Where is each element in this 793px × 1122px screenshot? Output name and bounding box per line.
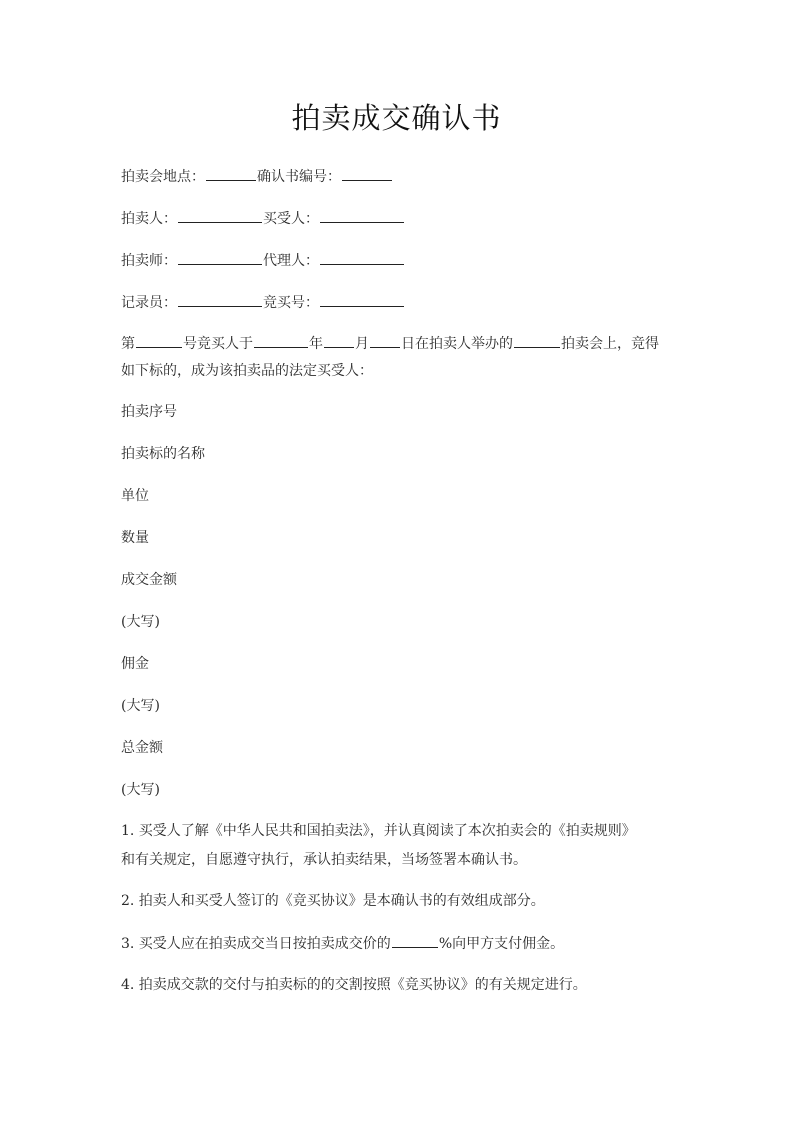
- commission-percent-blank[interactable]: [392, 933, 438, 948]
- day-blank[interactable]: [370, 333, 400, 348]
- item-hammer-price-capital: (大写): [121, 612, 160, 632]
- field-row-auction-master: 拍卖师：代理人：: [121, 250, 405, 271]
- auction-location-label: 拍卖会地点：: [121, 169, 205, 185]
- auctioneer-label: 拍卖人：: [121, 211, 177, 227]
- clause-3-text-1: 3. 买受人应在拍卖成交当日按拍卖成交价的: [121, 936, 391, 952]
- item-quantity: 数量: [121, 528, 149, 548]
- bidder-number-label: 竞买号：: [263, 295, 319, 311]
- intro-text-1: 第: [121, 336, 135, 352]
- intro-paragraph-line1: 第号竞买人于年月日在拍卖人举办的拍卖会上，竞得: [121, 333, 659, 354]
- clause-1-line2: 和有关规定，自愿遵守执行，承认拍卖结果，当场签署本确认书。: [121, 850, 527, 870]
- intro-text-4: 月: [355, 336, 369, 352]
- auction-master-blank[interactable]: [178, 250, 262, 265]
- confirmation-number-blank[interactable]: [342, 166, 392, 181]
- item-unit: 单位: [121, 486, 149, 506]
- field-row-auctioneer: 拍卖人：买受人：: [121, 208, 405, 229]
- year-blank[interactable]: [254, 333, 308, 348]
- agent-blank[interactable]: [320, 250, 404, 265]
- auction-master-label: 拍卖师：: [121, 253, 177, 269]
- intro-text-5: 日在拍卖人举办的: [401, 336, 513, 352]
- recorder-label: 记录员：: [121, 295, 177, 311]
- bidder-no-blank[interactable]: [136, 333, 182, 348]
- auction-name-blank[interactable]: [514, 333, 560, 348]
- agent-label: 代理人：: [263, 253, 319, 269]
- item-total-amount: 总金额: [121, 738, 163, 758]
- auctioneer-blank[interactable]: [178, 208, 262, 223]
- clause-3: 3. 买受人应在拍卖成交当日按拍卖成交价的%向甲方支付佣金。: [121, 933, 564, 954]
- field-row-location: 拍卖会地点：确认书编号：: [121, 166, 393, 187]
- clause-4: 4. 拍卖成交款的交付与拍卖标的的交割按照《竞买协议》的有关规定进行。: [121, 975, 587, 995]
- buyer-blank[interactable]: [320, 208, 404, 223]
- document-page: 拍卖成交确认书 拍卖会地点：确认书编号： 拍卖人：买受人： 拍卖师：代理人： 记…: [0, 0, 793, 1122]
- clause-1-line1: 1. 买受人了解《中华人民共和国拍卖法》，并认真阅读了本次拍卖会的《拍卖规则》: [121, 821, 636, 841]
- document-title: 拍卖成交确认书: [0, 96, 793, 137]
- item-hammer-price: 成交金额: [121, 570, 177, 590]
- intro-paragraph-line2: 如下标的，成为该拍卖品的法定买受人：: [121, 361, 373, 381]
- clause-3-text-2: %向甲方支付佣金。: [439, 936, 564, 952]
- item-lot-number: 拍卖序号: [121, 402, 177, 422]
- field-row-recorder: 记录员：竞买号：: [121, 292, 405, 313]
- intro-text-6: 拍卖会上，竞得: [561, 336, 659, 352]
- bidder-number-blank[interactable]: [320, 292, 404, 307]
- intro-text-2: 号竞买人于: [183, 336, 253, 352]
- item-commission-capital: (大写): [121, 696, 160, 716]
- month-blank[interactable]: [324, 333, 354, 348]
- item-lot-name: 拍卖标的名称: [121, 444, 205, 464]
- clause-2: 2. 拍卖人和买受人签订的《竞买协议》是本确认书的有效组成部分。: [121, 891, 545, 911]
- buyer-label: 买受人：: [263, 211, 319, 227]
- intro-text-3: 年: [309, 336, 323, 352]
- recorder-blank[interactable]: [178, 292, 262, 307]
- confirmation-number-label: 确认书编号：: [257, 169, 341, 185]
- auction-location-blank[interactable]: [206, 166, 256, 181]
- item-commission: 佣金: [121, 654, 149, 674]
- item-total-amount-capital: (大写): [121, 780, 160, 800]
